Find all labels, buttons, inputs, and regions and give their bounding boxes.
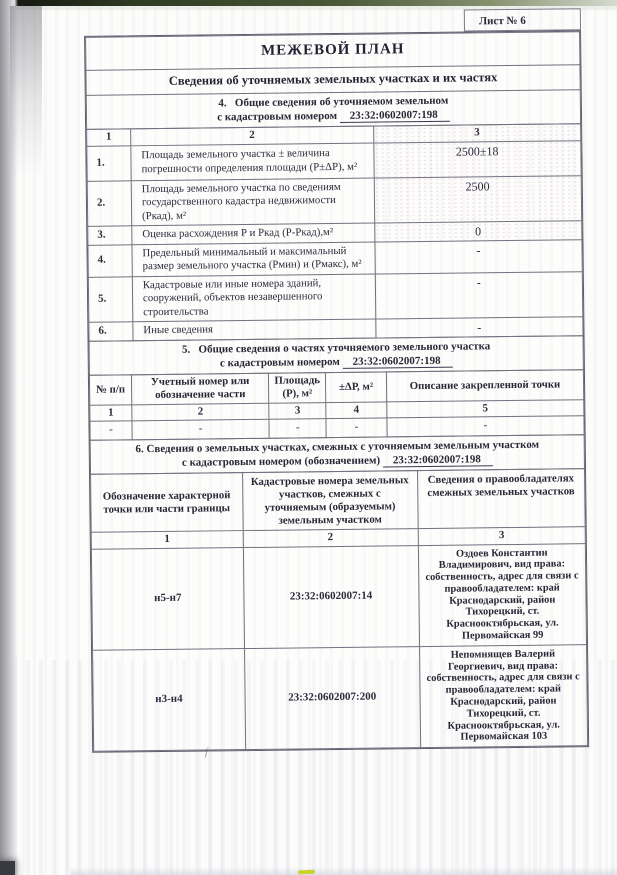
row-label: Площадь земельного участка ± величина по…	[131, 143, 374, 181]
boundary-points: н5-н7	[91, 547, 244, 650]
column-header: Кадастровые номера земельных участков, с…	[242, 471, 418, 531]
row-value: 0	[374, 221, 582, 242]
col-number: 2	[243, 529, 418, 547]
cell-value: -	[326, 418, 387, 438]
scan-corner-bottom-left	[0, 861, 15, 875]
row-value: -	[375, 271, 583, 319]
column-header: Площадь (Р), м²	[269, 372, 326, 403]
adjacent-cadastral-number: 23:32:0602007:14	[243, 545, 419, 648]
table-row: 2. Площадь земельного участка по сведени…	[87, 175, 581, 226]
row-label: Кадастровые или иные номера зданий, соор…	[132, 274, 375, 322]
table-row: 5. Кадастровые или иные номера зданий, с…	[88, 271, 582, 322]
cell-value: -	[90, 421, 132, 440]
rightholder-info: Непомнящев Валерий Георгиевич, вид права…	[419, 645, 588, 748]
scanned-page: Лист № 6 МЕЖЕВОЙ ПЛАН Сведения об уточня…	[84, 8, 589, 753]
adjacent-cadastral-number: 23:32:0602007:200	[244, 646, 420, 749]
column-header: Описание закрепленной точки	[386, 369, 583, 401]
column-header: № п/п	[89, 374, 131, 404]
row-label: Площадь земельного участка по сведениям …	[131, 178, 374, 226]
column-header: Учетный номер или обозначение части	[131, 373, 269, 405]
page-title: МЕЖЕВОЙ ПЛАН	[86, 32, 580, 71]
sheet-number-box: Лист № 6	[464, 8, 581, 31]
table-row: н5-н7 23:32:0602007:14 Оздоев Константин…	[91, 543, 586, 650]
table-row: н3-н4 23:32:0602007:200 Непомнящев Валер…	[93, 645, 588, 752]
row-value: 2500±18	[373, 140, 581, 177]
table-row: 1. Площадь земельного участка ± величина…	[87, 140, 581, 181]
section4-cadastral-number: 23:32:0602007:198	[340, 109, 450, 123]
boundary-points: н3-н4	[93, 648, 246, 751]
scan-edge-bottom	[70, 867, 617, 875]
section5-table: № п/п Учетный номер или обозначение част…	[89, 369, 585, 441]
row-label: Предельный минимальный и максимальный ра…	[132, 242, 375, 277]
column-header: ±ΔР, м²	[326, 371, 387, 402]
column-header: Сведения о правообладателях смежных земе…	[417, 469, 585, 529]
section4-table: 1 2 3 1. Площадь земельного участка ± ве…	[86, 123, 583, 341]
title-table: МЕЖЕВОЙ ПЛАН Сведения об уточняемых земе…	[85, 31, 581, 130]
cell-value: -	[132, 419, 270, 440]
column-header: Обозначение характерной точки или части …	[91, 473, 243, 533]
section6-cadastral-number: 23:32:0602007:198	[383, 453, 493, 467]
section5-cadastral-number: 23:32:0602007:198	[342, 354, 452, 368]
col-number: 2	[132, 403, 270, 421]
section6-table: Обозначение характерной точки или части …	[90, 468, 588, 752]
col-number: 3	[418, 527, 586, 545]
scan-edge-left-shadow	[10, 6, 42, 176]
cell-value: -	[269, 419, 326, 439]
col-number: 1	[90, 404, 132, 421]
col-number: 1	[91, 531, 243, 549]
boundary-plan-form: МЕЖЕВОЙ ПЛАН Сведения об уточняемых земе…	[84, 30, 589, 753]
row-value: -	[374, 239, 582, 273]
col-number: 4	[326, 401, 387, 418]
rightholder-info: Оздоев Константин Владимирович, вид прав…	[418, 543, 587, 646]
row-value: 2500	[374, 175, 582, 223]
col-number: 1	[87, 129, 131, 146]
highlighter-mark	[298, 870, 315, 875]
col-number: 3	[269, 402, 326, 419]
